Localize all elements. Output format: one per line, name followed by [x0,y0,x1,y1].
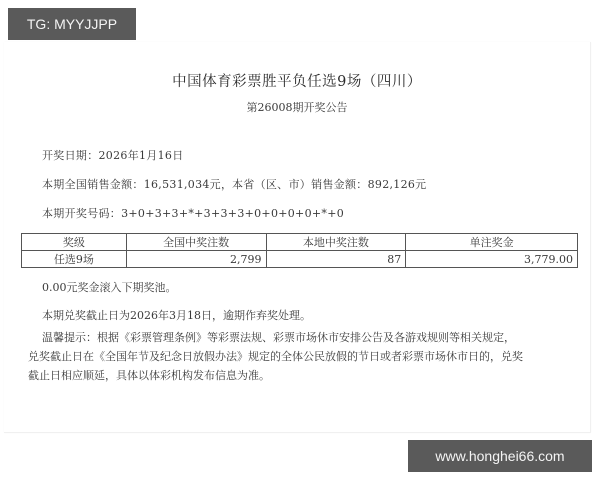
sales-separator: ， [221,178,232,191]
draw-date-value: 2026年1月16日 [99,149,184,162]
notice-line-2: 兑奖截止日在《全国年节及纪念日放假办法》规定的全体公民放假的节日或者彩票市场休市… [28,347,568,366]
expiry-text: 本期兑奖截止日为2026年3月18日，逾期作弃奖处理。 [42,307,311,323]
notice-paragraph: 温馨提示：根据《彩票管理条例》等彩票法规、彩票市场休市安排公告及各游戏规则等相关… [28,328,568,385]
watermark-bottom-right: www.honghei66.com [408,440,592,472]
cell-local-winners: 87 [266,251,406,268]
notice-line-3: 截止日相应顺延，具体以体彩机构发布信息为准。 [28,366,568,385]
sales-line: 本期全国销售金额：16,531,034元，本省（区、市）销售金额：892,126… [42,176,426,192]
prize-table: 奖级 全国中奖注数 本地中奖注数 单注奖金 任选9场 2,799 87 3,77… [21,233,578,268]
notice-line-1: 温馨提示：根据《彩票管理条例》等彩票法规、彩票市场休市安排公告及各游戏规则等相关… [28,328,568,347]
announcement-document: 中国体育彩票胜平负任选9场（四川） 第26008期开奖公告 开奖日期：2026年… [4,42,591,433]
cell-prize-per-ticket: 3,779.00 [406,251,578,268]
header-prize-level: 奖级 [22,234,127,251]
cell-national-winners: 2,799 [126,251,266,268]
header-national-winners: 全国中奖注数 [126,234,266,251]
prize-table-header: 奖级 全国中奖注数 本地中奖注数 单注奖金 [22,234,578,251]
winning-number-label: 本期开奖号码： [42,207,121,220]
watermark-top-left: TG: MYYJJPP [8,8,136,40]
cell-prize-level: 任选9场 [22,251,127,268]
winning-number-line: 本期开奖号码：3+0+3+3+*+3+3+3+0+0+0+0+*+0 [42,205,344,221]
province-sales-label: 本省（区、市）销售金额： [232,178,368,191]
draw-date-label: 开奖日期： [42,149,99,162]
table-row: 任选9场 2,799 87 3,779.00 [22,251,578,268]
national-sales-value: 16,531,034元 [144,178,221,191]
winning-number-value: 3+0+3+3+*+3+3+3+0+0+0+0+*+0 [121,207,344,220]
document-subtitle: 第26008期开奖公告 [4,99,590,115]
draw-date-line: 开奖日期：2026年1月16日 [42,147,184,163]
header-prize-per-ticket: 单注奖金 [406,234,578,251]
header-local-winners: 本地中奖注数 [266,234,406,251]
document-title: 中国体育彩票胜平负任选9场（四川） [4,70,590,91]
national-sales-label: 本期全国销售金额： [42,178,144,191]
rollover-text: 0.00元奖金滚入下期奖池。 [42,279,177,295]
province-sales-value: 892,126元 [368,178,427,191]
